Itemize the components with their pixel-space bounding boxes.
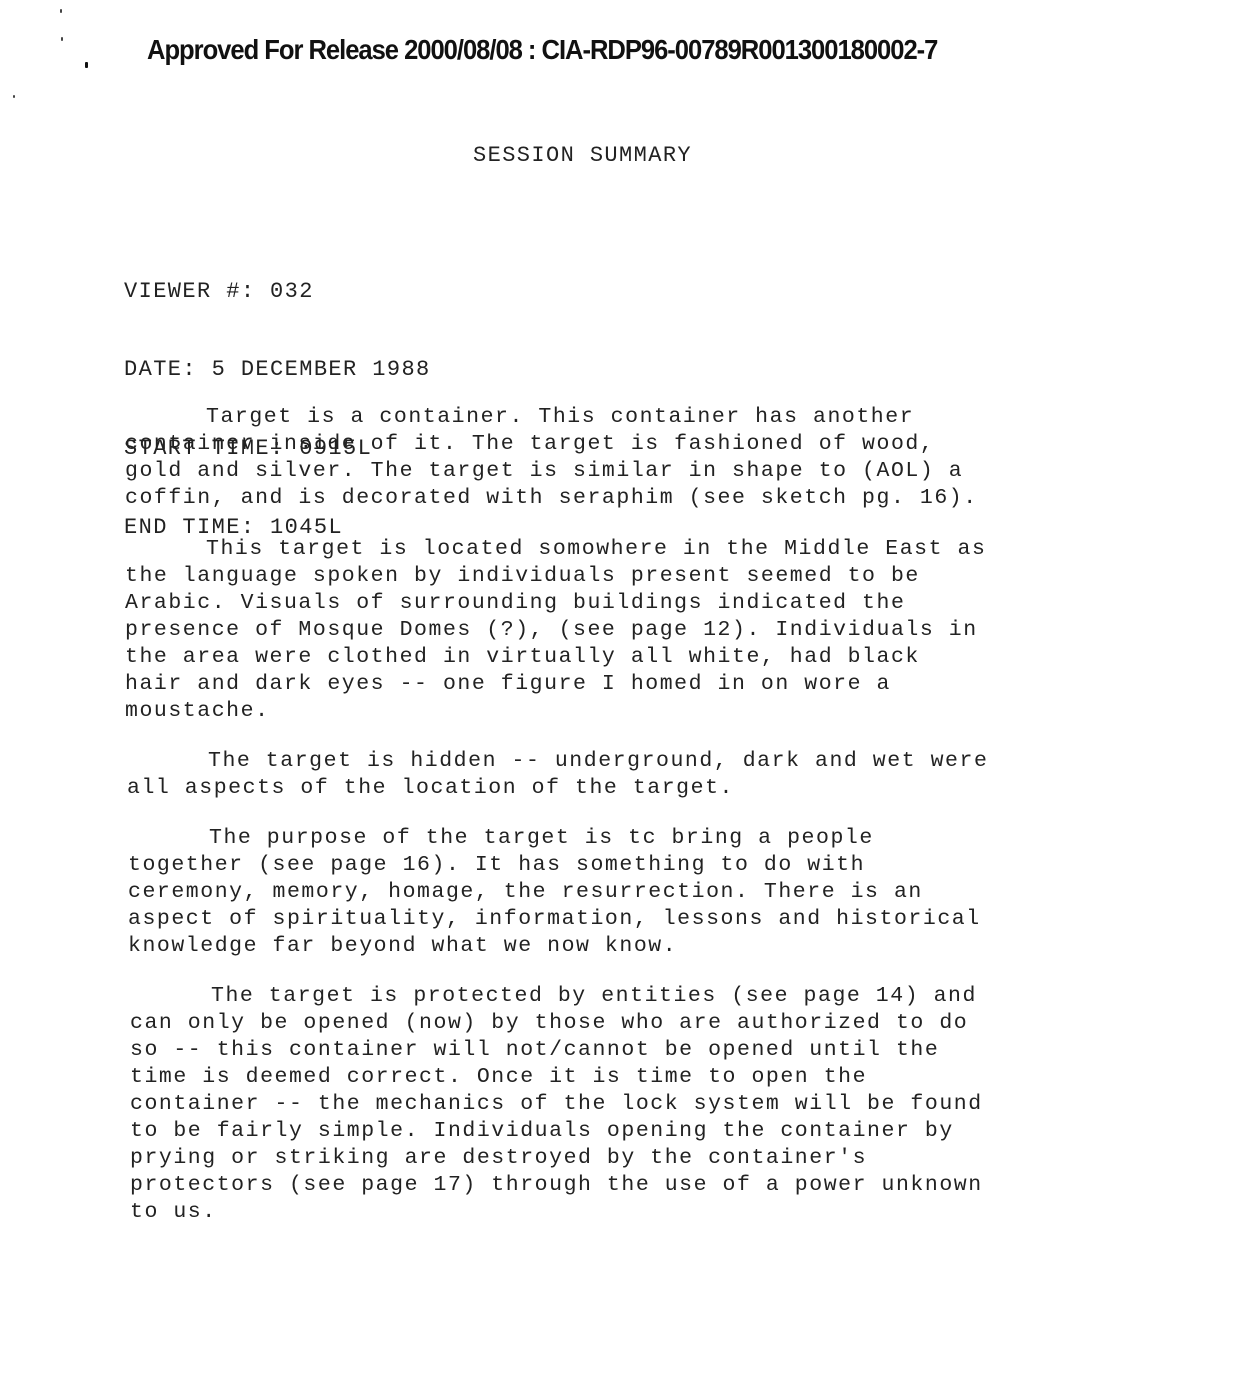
paragraph-line: ceremony, memory, homage, the resurrecti… [128,879,981,906]
release-stamp: Approved For Release 2000/08/08 : CIA-RD… [147,34,937,66]
paragraph-target-description: Target is a container. This container ha… [125,404,978,512]
paragraph-line: time is deemed correct. Once it is time … [130,1064,983,1091]
paragraph-line: container inside of it. The target is fa… [125,431,978,458]
paragraph-line: The target is protected by entities (see… [130,983,983,1010]
paragraph-line: This target is located somowhere in the … [125,536,986,563]
session-meta: VIEWER #: 032 DATE: 5 DECEMBER 1988 STAR… [124,226,431,568]
session-date: DATE: 5 DECEMBER 1988 [124,357,431,383]
paragraph-line: Target is a container. This container ha… [125,404,978,431]
viewer-number: VIEWER #: 032 [124,279,431,305]
paragraph-line: prying or striking are destroyed by the … [130,1145,983,1172]
scan-speck [61,37,63,41]
paragraph-line: protectors (see page 17) through the use… [130,1172,983,1199]
paragraph-line: can only be opened (now) by those who ar… [130,1010,983,1037]
paragraph-line: to us. [130,1199,983,1226]
paragraph-line: knowledge far beyond what we now know. [128,933,981,960]
paragraph-line: the language spoken by individuals prese… [125,563,986,590]
paragraph-line: coffin, and is decorated with seraphim (… [125,485,978,512]
paragraph-protection: The target is protected by entities (see… [130,983,983,1226]
paragraph-line: container -- the mechanics of the lock s… [130,1091,983,1118]
paragraph-line: together (see page 16). It has something… [128,852,981,879]
paragraph-line: moustache. [125,698,986,725]
document-title: SESSION SUMMARY [473,143,692,168]
paragraph-line: hair and dark eyes -- one figure I homed… [125,671,986,698]
scan-speck [60,9,62,13]
paragraph-line: gold and silver. The target is similar i… [125,458,978,485]
paragraph-purpose: The purpose of the target is tc bring a … [128,825,981,960]
paragraph-location: This target is located somowhere in the … [125,536,986,725]
paragraph-line: The target is hidden -- underground, dar… [127,748,988,775]
scan-speck [85,62,88,68]
paragraph-line: aspect of spirituality, information, les… [128,906,981,933]
paragraph-hidden: The target is hidden -- underground, dar… [127,748,988,802]
paragraph-line: all aspects of the location of the targe… [127,775,988,802]
paragraph-line: so -- this container will not/cannot be … [130,1037,983,1064]
paragraph-line: to be fairly simple. Individuals opening… [130,1118,983,1145]
paragraph-line: the area were clothed in virtually all w… [125,644,986,671]
scan-speck [13,95,15,98]
paragraph-line: The purpose of the target is tc bring a … [128,825,981,852]
paragraph-line: Arabic. Visuals of surrounding buildings… [125,590,986,617]
paragraph-line: presence of Mosque Domes (?), (see page … [125,617,986,644]
